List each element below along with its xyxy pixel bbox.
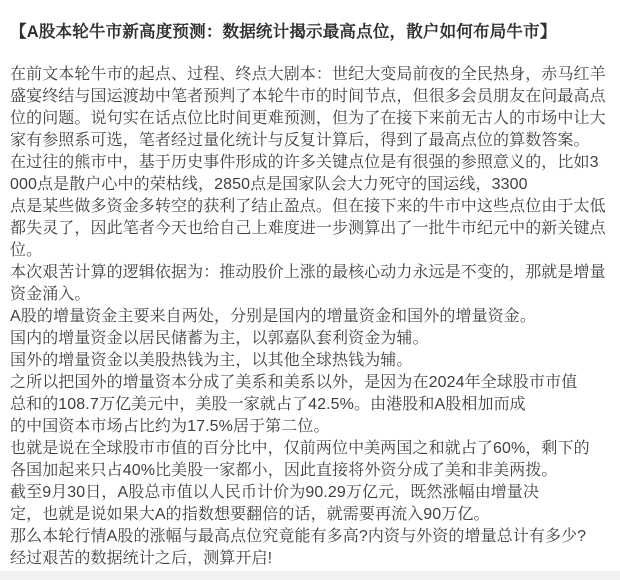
- text-line: 那么本轮行情A股的涨幅与最高点位究竟能有多高?内资与外资的增量总计有多少?: [10, 526, 608, 548]
- text-line: 位。: [10, 240, 608, 262]
- text-line: 点是某些做多资金多转空的获利了结止盈点。但在接下来的牛市中这些点位由于太低: [10, 196, 608, 218]
- text-line: 本次艰苦计算的逻辑依据为：推动股价上涨的最核心动力永远是不变的，那就是增量: [10, 262, 608, 284]
- text-line: 定，也就是说如果大A的指数想要翻倍的话，就需要再流入90万亿。: [10, 504, 608, 526]
- article-body: 在前文本轮牛市的起点、过程、终点大剧本：世纪大变局前夜的全民热身，赤马红羊 盛宴…: [10, 64, 608, 570]
- text-line: 各国加起来只占40%比美股一家都小，因此直接将外资分成了美和非美两拨。: [10, 460, 608, 482]
- text-line: 盛宴终结与国运渡劫中笔者预判了本轮牛市的时间节点，但很多会员朋友在问最高点: [10, 86, 608, 108]
- text-line: 家有参照系可选，笔者经过量化统计与反复计算后，得到了最高点位的算数答案。: [10, 130, 608, 152]
- text-line: 的中国资本市场占比约为17.5%居于第二位。: [10, 416, 608, 438]
- text-line: 截至9月30日，A股总市值以人民币计价为90.29万亿元，既然涨幅由增量决: [10, 482, 608, 504]
- text-line: 国内的增量资金以居民储蓄为主，以郭嘉队套利资金为辅。: [10, 328, 608, 350]
- text-line: 000点是散户心中的荣枯线，2850点是国家队会大力死守的国运线，3300: [10, 174, 608, 196]
- text-line: A股的增量资金主要来自两处，分别是国内的增量资金和国外的增量资金。: [10, 306, 608, 328]
- text-line: 位的问题。说句实在话点位比时间更难预测，但为了在接下来前无古人的市场中让大: [10, 108, 608, 130]
- text-line: 之所以把国外的增量资本分成了美系和美系以外，是因为在2024年全球股市市值: [10, 372, 608, 394]
- article-title: 【A股本轮牛市新高度预测：数据统计揭示最高点位，散户如何布局牛市】: [10, 22, 608, 42]
- text-line: 在过往的熊市中，基于历史事件形成的许多关键点位是有很强的参照意义的，比如3: [10, 152, 608, 174]
- text-line: 经过艰苦的数据统计之后，测算开启!: [10, 548, 608, 570]
- text-line: 总和的108.7万亿美元中，美股一家就占了42.5%。由港股和A股相加而成: [10, 394, 608, 416]
- text-line: 都失灵了，因此笔者今天也给自己上难度进一步测算出了一批牛市纪元中的新关键点: [10, 218, 608, 240]
- text-line: 在前文本轮牛市的起点、过程、终点大剧本：世纪大变局前夜的全民热身，赤马红羊: [10, 64, 608, 86]
- article-page: 【A股本轮牛市新高度预测：数据统计揭示最高点位，散户如何布局牛市】 在前文本轮牛…: [0, 0, 620, 580]
- text-line: 国外的增量资金以美股热钱为主，以其他全球热钱为辅。: [10, 350, 608, 372]
- text-line: 资金涌入。: [10, 284, 608, 306]
- text-line: 也就是说在全球股市市值的百分比中，仅前两位中美两国之和就占了60%，剩下的: [10, 438, 608, 460]
- footer-strip: [0, 571, 620, 580]
